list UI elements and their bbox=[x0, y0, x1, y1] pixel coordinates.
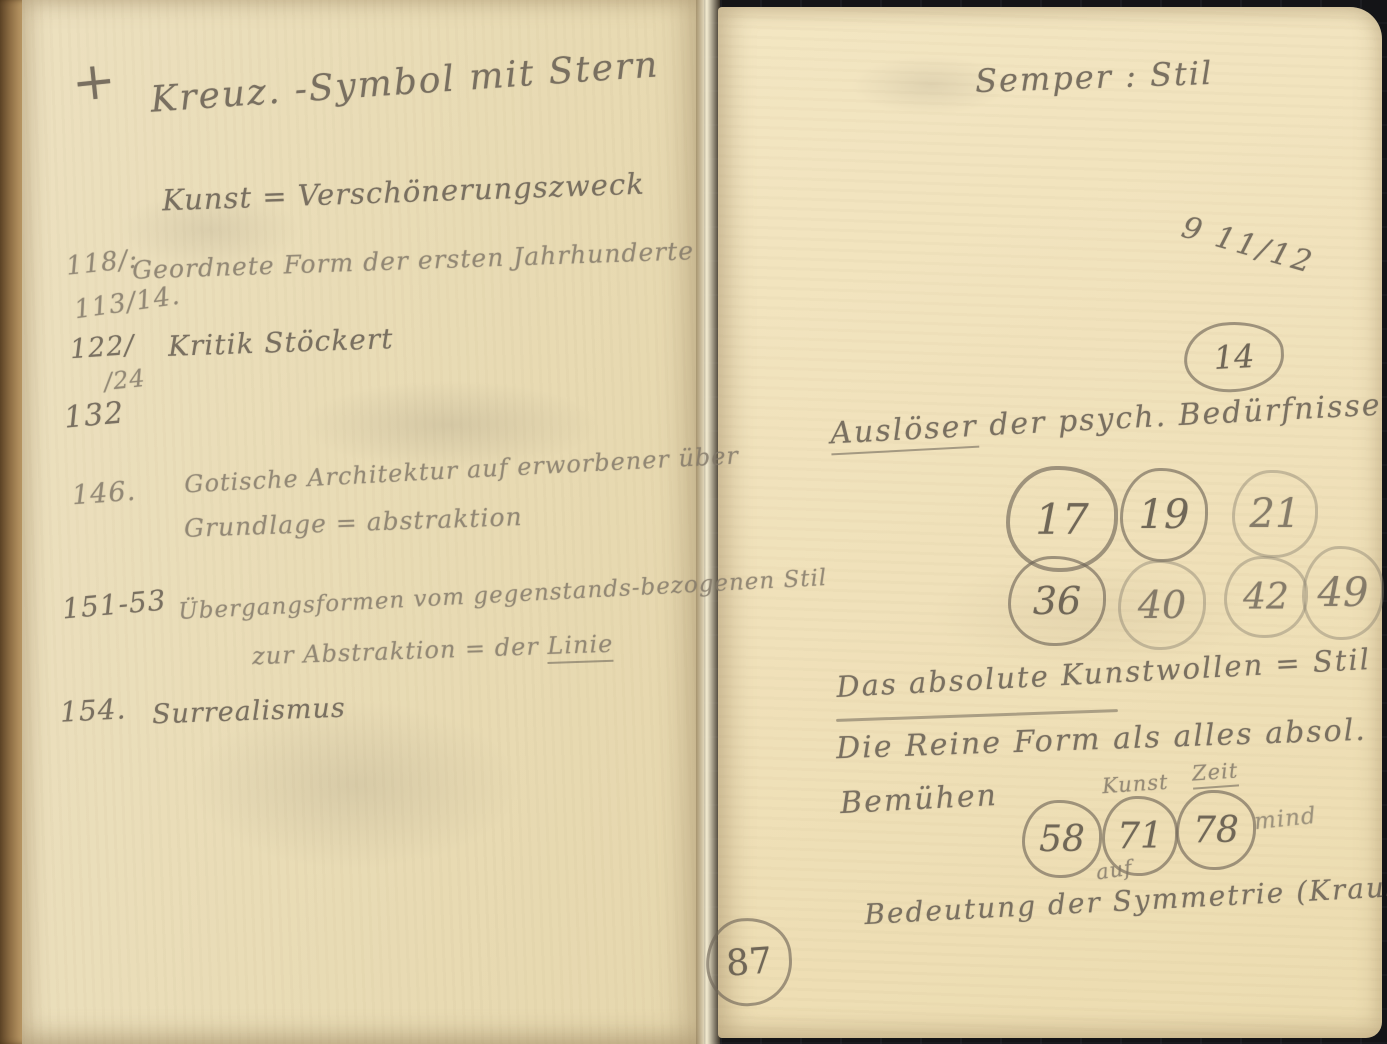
book-photo: + Kreuz. -Symbol mit Stern Kunst = Versc… bbox=[0, 0, 1387, 1044]
book-gutter-fold bbox=[696, 0, 720, 1044]
entry-122-number: 122/ bbox=[69, 330, 136, 365]
ausloeser-underlined-word: Auslöser bbox=[829, 409, 978, 456]
entry-154-number: 154. bbox=[59, 692, 127, 728]
zeit-underlined: Zeit bbox=[1191, 758, 1239, 789]
circled-number-42: 42 bbox=[1224, 556, 1308, 638]
circled-number-40: 40 bbox=[1118, 560, 1206, 650]
circled-number-36: 36 bbox=[1008, 556, 1106, 646]
circled-number-49: 49 bbox=[1302, 546, 1384, 640]
circled-number-78: 78 bbox=[1176, 790, 1256, 870]
entry-151-underlined-word: Linie bbox=[547, 630, 614, 664]
circled-number-58: 58 bbox=[1022, 800, 1102, 878]
small-word-zeit: Zeit bbox=[1191, 758, 1239, 785]
entry-122-subnumber: /24 bbox=[103, 364, 147, 396]
entry-146-number: 146. bbox=[71, 476, 137, 511]
circled-number-21: 21 bbox=[1232, 470, 1318, 558]
small-word-kunst: Kunst bbox=[1101, 770, 1169, 799]
small-word-auf: auf bbox=[1095, 856, 1135, 885]
margin-cross-mark: + bbox=[69, 50, 120, 114]
circled-number-19: 19 bbox=[1120, 468, 1208, 562]
entry-132-number: 132 bbox=[63, 395, 126, 435]
